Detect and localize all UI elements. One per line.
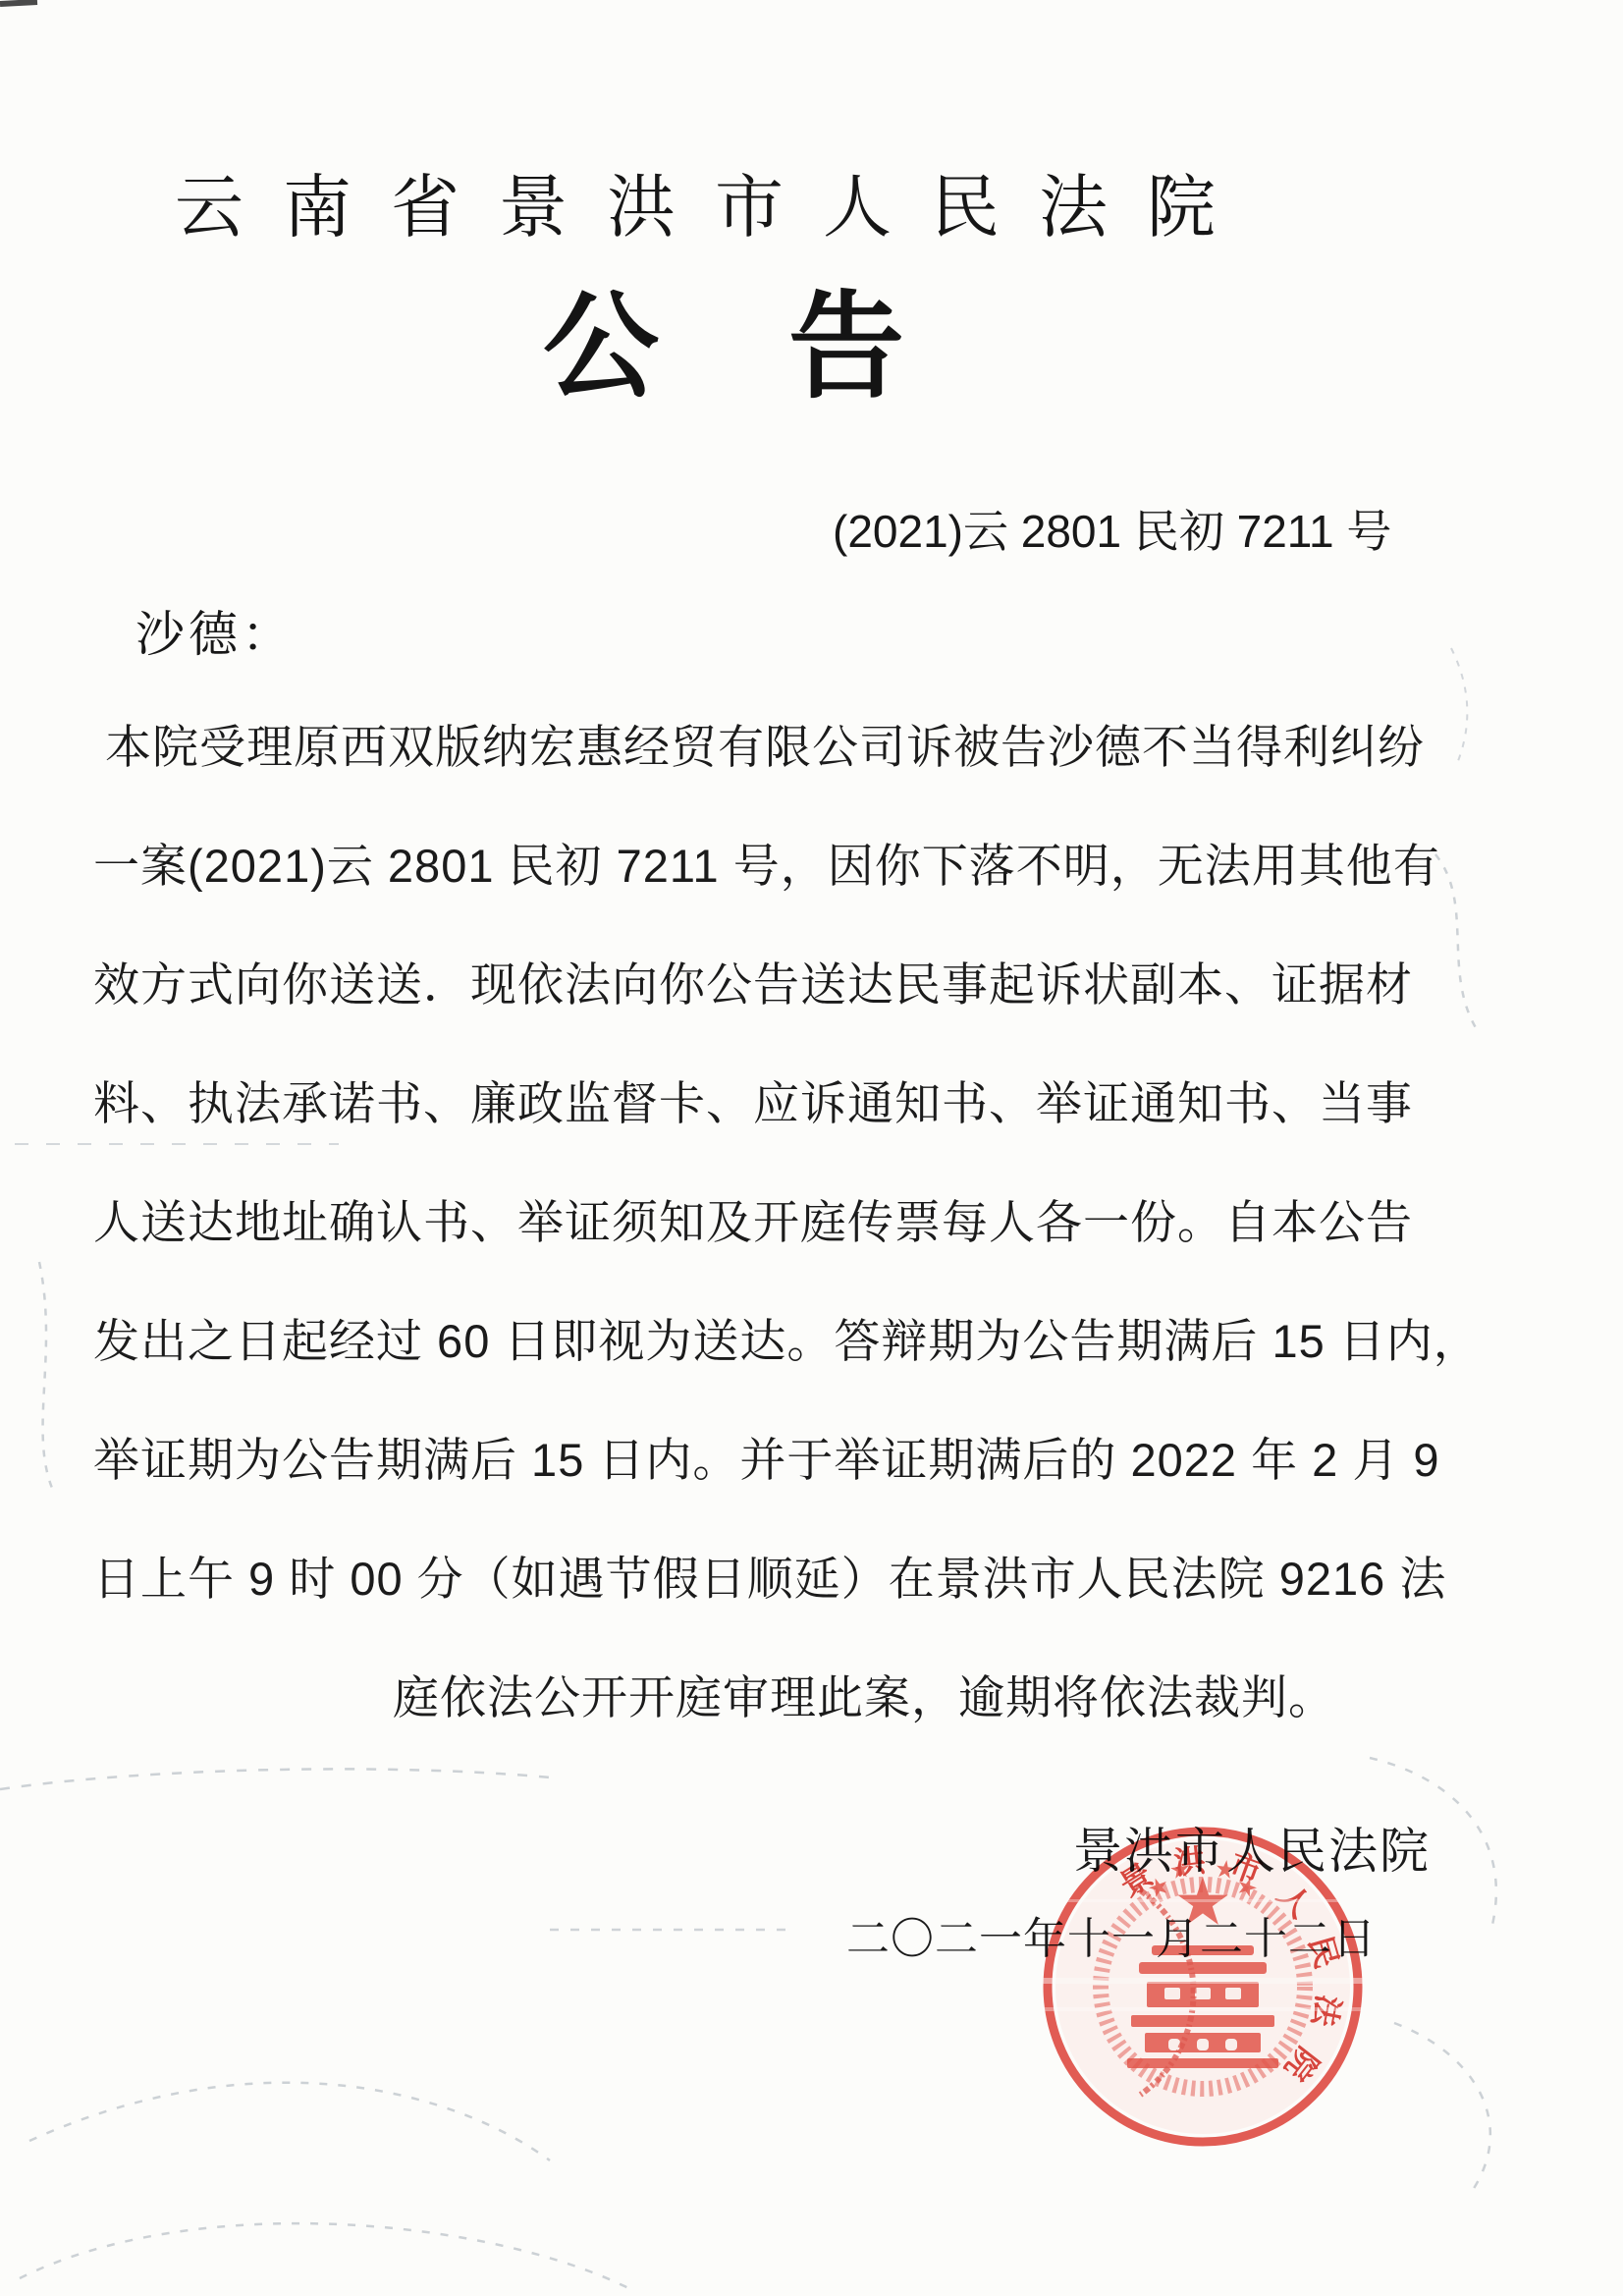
scan-artifact: [20, 2223, 628, 2288]
body-line: 料、执法承诺书、廉政监督卡、应诉通知书、举证通知书、当事: [93, 1044, 1468, 1163]
body-line: 庭依法公开开庭审理此案，逾期将依法裁判。: [93, 1638, 1468, 1757]
body-line: 举证期为公告期满后 15 日内。并于举证期满后的 2022 年 2 月 9: [93, 1400, 1468, 1519]
body-line: 本院受理原西双版纳宏惠经贸有限公司诉被告沙德不当得利纠纷: [93, 687, 1468, 806]
scan-artifact: [29, 2083, 550, 2160]
court-announcement-document: 云南省景洪市人民法院 公告 (2021)云 2801 民初 7211 号 沙德：…: [0, 0, 1623, 2296]
seal-ink-halo: [1055, 1839, 1350, 2134]
case-number: (2021)云 2801 民初 7211 号: [833, 496, 1391, 561]
addressee-name: 沙德：: [135, 595, 295, 666]
seal-arc-char: 法: [1306, 1992, 1347, 2030]
seal-arc-char: 院: [1278, 2041, 1325, 2087]
signature-date: 二〇二一年十一月二十二日: [846, 1903, 1377, 1966]
body-line: 效方式向你送送．现依法向你公告送达民事起诉状副本、证据材: [93, 925, 1468, 1044]
scan-artifact: [1394, 2023, 1490, 2190]
notice-title: 公告: [543, 253, 1034, 420]
body-line: 一案(2021)云 2801 民初 7211 号，因你下落不明，无法用其他有: [93, 806, 1468, 925]
scan-corner-mark: [0, 2, 37, 4]
scan-artifact: [39, 1262, 54, 1493]
notice-body: 本院受理原西双版纳宏惠经贸有限公司诉被告沙德不当得利纠纷 一案(2021)云 2…: [93, 687, 1468, 1757]
body-line: 发出之日起经过 60 日即视为送达。答辩期为公告期满后 15 日内，: [93, 1282, 1468, 1400]
court-name-header: 云南省景洪市人民法院: [175, 152, 1255, 251]
body-line: 人送达地址确认书、举证须知及开庭传票每人各一份。自本公告: [93, 1163, 1468, 1282]
scan-artifact: [0, 1769, 550, 1789]
body-line: 日上午 9 时 00 分（如遇节假日顺延）在景洪市人民法院 9216 法: [93, 1519, 1468, 1638]
signature-court-name: 景洪市人民法院: [1073, 1812, 1431, 1883]
seal-emblem-gates: [1164, 1988, 1241, 2050]
